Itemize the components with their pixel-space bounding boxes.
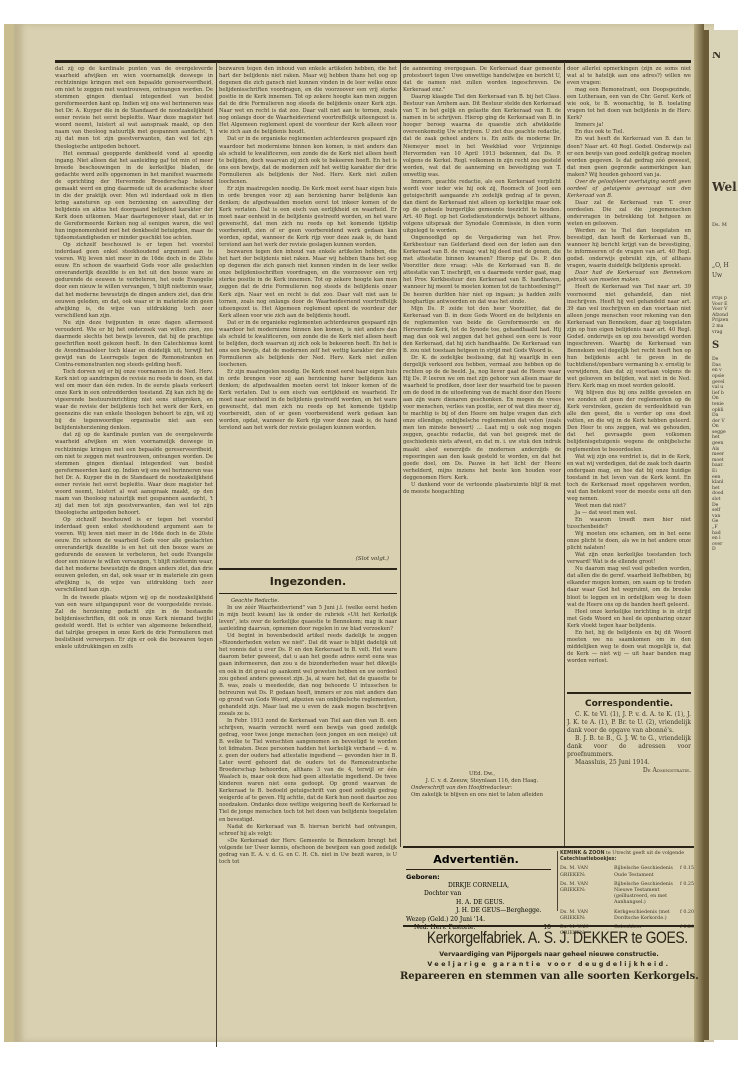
paragraph: Immers, geachte redactie, als een Kerker… — [403, 179, 561, 235]
paragraph: Heel onze kerkelijke inrichting is in st… — [567, 609, 691, 630]
paragraph: de aanneming overgegaan. De Kerkeraad da… — [403, 66, 561, 94]
booklet-price: f 0.15 — [678, 866, 694, 878]
paragraph: Immers ja! — [567, 122, 691, 129]
section-rule — [219, 593, 397, 594]
paragraph: En dus ook te Tiel. — [567, 129, 691, 136]
article-column-4: door allerlei opmerkingen (zijn ze soms … — [567, 66, 691, 846]
adjacent-page-text: „O, H — [712, 262, 738, 269]
organ-construction-line: Vervaardiging van Pijporgels naar geheel… — [400, 951, 698, 958]
dateline: Maassluis, 25 Juni 1914. — [567, 759, 691, 767]
paragraph: Dr. K. de zedelijke beslissing, dat hij … — [403, 355, 561, 482]
paragraph: In uw zéér Waarheidsvriend" van 5 Juni j… — [219, 605, 397, 633]
paragraph: En het, bij de belijdenis en bij dit Woo… — [567, 630, 691, 665]
dekker-organ-advertisement: Kerkorgelfabriek. A. S. J. DEKKER te GOE… — [400, 928, 698, 982]
paragraph: In Febr. 1913 zond de Kerkeraad van Tiel… — [219, 718, 397, 824]
advertisement-rule — [403, 925, 694, 927]
paragraph: Wat wij zijn ons verdriet is, dat in de … — [567, 454, 691, 503]
paragraph: En waarom treedt men hier niet tusschenb… — [567, 517, 691, 531]
to-be-continued: (Slot volgt.) — [219, 556, 389, 563]
page-gutter — [694, 24, 704, 1042]
section-heading-ingezonden: Ingezonden. — [219, 574, 397, 590]
editor-note-label: Onderschrift van den Hoofdredacteur: — [411, 785, 561, 792]
paragraph: Toch dorven wij er bij onze voornamen in… — [55, 369, 213, 432]
booklet-item: Ds. M. VAN GRIEKEN: Bijbelsche Geschiede… — [560, 866, 694, 878]
paragraph: Ongenoodigd op de Vergadering van het Pr… — [403, 235, 561, 305]
paragraph: dat zij op de kardinale punten van de ov… — [55, 66, 213, 151]
paragraph: Op zichzelf beschouwd is er tegen het vo… — [55, 242, 213, 320]
booklet-title: Kerkgeschiedenis (met Dordtsche Kerkorde… — [612, 910, 678, 922]
editor-note: Om zakelijk te blijven en ons niet te la… — [403, 792, 561, 799]
paragraph: B. J. B. te B., G. J. W. te G., vriendel… — [567, 735, 691, 759]
publisher-intro: te Utrecht geeft uit de volgende — [606, 851, 684, 856]
paragraph: Daar zal de Kerkeraad van T. over oordee… — [567, 200, 691, 228]
daughter-of: Dochter van — [424, 890, 551, 899]
child-name: DIRKJE CORNELIA, — [406, 882, 551, 891]
booklet-title: Bijbelsche Geschiedenis Oude Testament — [612, 866, 678, 878]
birth-announcement: Geboren: DIRKJE CORNELIA, Dochter van H.… — [406, 873, 551, 933]
booklet-item: Ds. M. VAN GRIEKEN: Bijbelsche Geschiede… — [560, 882, 694, 907]
booklet-title: Bijbelsche Geschiedenis Nieuwe Testament… — [612, 882, 678, 907]
booklet-author: Ds. M. VAN GRIEKEN: — [560, 910, 612, 922]
paragraph: Dat er in de organieke reglementen achte… — [219, 320, 397, 369]
publisher-name: KEMINK & ZOON — [560, 851, 604, 856]
birth-label: Geboren: — [406, 873, 551, 882]
paragraph: Wij moeten ons schamen, om in het eene o… — [567, 531, 691, 552]
paragraph: Werden ze te Tiel dan toegelaten en beve… — [567, 228, 691, 270]
paragraph: dat zij op de kardinale punten van de ov… — [55, 432, 213, 517]
booklet-item: Ds. M. VAN GRIEKEN: Kerkgeschiedenis (me… — [560, 910, 694, 922]
paragraph: Er zijn maatregelen noodig. De Kerk moet… — [219, 369, 397, 432]
paragraph: mag een Remonstrant, een Doopsgezinde, e… — [567, 87, 691, 122]
paragraph: U dankend voor de vertoonde plaatsruimte… — [403, 482, 561, 496]
article-column-2: bezwaren tegen den inhoud van enkele art… — [219, 66, 397, 1006]
paragraph: Er zijn maatregelen noodig. De Kerk moet… — [219, 186, 397, 249]
paragraph: door allerlei opmerkingen (zijn ze soms … — [567, 66, 691, 87]
organ-guarantee-line: Veeljarige garantie voor deugdelijkheid. — [400, 961, 698, 968]
column-divider — [564, 62, 565, 847]
paragraph: Wat zijn onze kerkelijke toestanden toch… — [567, 552, 691, 566]
adjacent-page-text: N — [712, 52, 738, 59]
paragraph: En wat heeft de Kerkeraad van B. dan te … — [567, 136, 691, 178]
top-rule — [55, 60, 691, 63]
organ-factory-name: Kerkorgelfabriek. A. S. J. DEKKER te GOE… — [427, 928, 671, 948]
paragraph: Nu zijn deze twijpunten in onze dagen al… — [55, 320, 213, 369]
booklet-price: f 0.25 — [678, 882, 694, 907]
booklet-author: Ds. M. VAN GRIEKEN: — [560, 882, 612, 907]
advertisement-rule — [403, 846, 694, 848]
section-rule — [219, 568, 397, 570]
adjacent-page-column: Prijs pVoor EVoor VAfzondPrijzen2 mavrag… — [712, 296, 738, 716]
booklet-author: Ds. M. VAN GRIEKEN: — [560, 866, 612, 878]
parent-father: H. A. DE GEUS. — [456, 899, 551, 908]
advertisements-heading: Advertentiën. — [403, 853, 549, 866]
adjacent-page-fragment: D — [712, 547, 738, 553]
letter-signature: J. C. v. d. Zeeuw, Steynlaan 116, den Ha… — [403, 778, 561, 785]
paragraph: Weet men dat niet? — [567, 503, 691, 510]
paragraph: In de tweede plaats wijzen wij op de noo… — [55, 595, 213, 651]
paragraph: Wij blijven dus bij ons zelfde gevoelen … — [567, 390, 691, 453]
paragraph: Ja — dat weet men wel. — [567, 510, 691, 517]
paragraph: bezwaren tegen den inhoud van enkele art… — [219, 66, 397, 136]
paragraph: Heeft de Kerkeraad van Tiel naar art. 39… — [567, 284, 691, 390]
paragraph: Nu daarom mag wel veel gebeden worden, d… — [567, 566, 691, 608]
paragraph: Mijn Ds. P. zeide tot den heer Voorzitte… — [403, 306, 561, 355]
article-column-3: de aanneming overgegaan. De Kerkeraad da… — [403, 66, 561, 826]
adjacent-page-text: Ds. M — [712, 222, 738, 229]
paragraph: Dat er in de organieke reglementen achte… — [219, 136, 397, 185]
paragraph: Het eenmaal geopperde denkbeeld vond al … — [55, 151, 213, 243]
paragraph: Over de geloofsleer overtuiging wordt ge… — [567, 179, 691, 200]
paragraph: C. K. te Vl. (1), J. P. v. d. A. te K. (… — [567, 711, 691, 735]
column-divider — [216, 62, 217, 1047]
birth-place-date: Wezep (Geld.) 20 Juni '14. — [406, 916, 551, 925]
parent-mother: J. H. DE GEUS—Berghegge. — [456, 907, 551, 916]
section-rule — [567, 692, 691, 694]
column-divider — [400, 62, 401, 847]
signoff: UEd. Dw., — [403, 771, 561, 778]
section-rule — [406, 869, 551, 870]
adjacent-page-fragment: S — [712, 339, 738, 353]
paragraph: Daar had de Kerkeraad van Bennekom gebru… — [567, 270, 691, 284]
adjacent-page-text: Wel — [712, 180, 738, 194]
paragraph: Ud begint in bovenbedoeld artikel reeds … — [219, 633, 397, 718]
adjacent-page-text: Uw — [712, 272, 738, 279]
section-heading-correspondentie: Correspondentie. — [567, 698, 691, 711]
adjacent-page-fragment: vrag — [712, 330, 738, 336]
booklet-subtitle: Catechisatieboekjes: — [560, 857, 694, 863]
paragraph: Nadat de Kerkeraad van B. hiervan berich… — [219, 824, 397, 838]
paragraph: bezwaren tegen den inhoud van enkele art… — [219, 249, 397, 319]
booklet-price: f 0.20 — [678, 910, 694, 922]
organ-repair-line: Repareeren en stemmen van alle soorten K… — [400, 971, 698, 982]
column-divider — [557, 851, 558, 911]
paragraph: Daarop klaagde Tiel den Kerkeraad van B.… — [403, 94, 561, 179]
article-column-1: dat zij op de kardinale punten van de ov… — [55, 66, 213, 1042]
paragraph: Op zichzelf beschouwd is er tegen het vo… — [55, 517, 213, 595]
administration-signature: De Administratie. — [567, 767, 691, 774]
paragraph: »De Kerkeraad der Herv. Gemeente te Benn… — [219, 838, 397, 866]
